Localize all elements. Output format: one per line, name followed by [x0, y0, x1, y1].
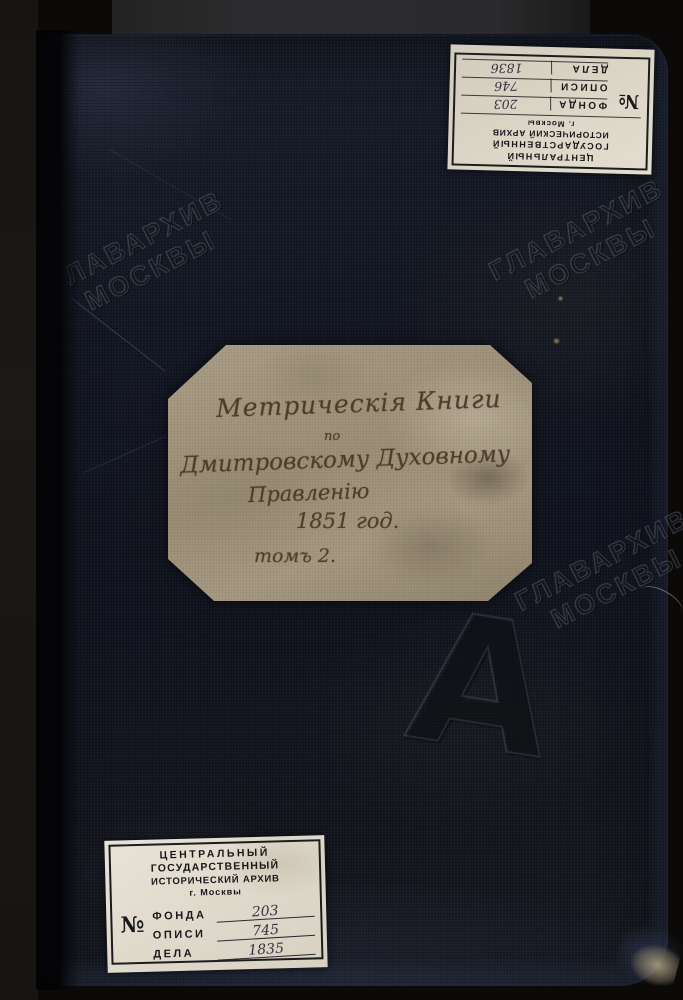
- glavarkhiv-logo-watermark: А: [399, 586, 565, 786]
- archive-institution: ЦЕНТРАЛЬНЫЙ ГОСУДАРСТВЕННЫЙ ИСТОРИЧЕСКИЙ…: [117, 845, 314, 901]
- field-value-handwritten: 1836: [462, 60, 552, 75]
- field-row-fonda: ФОНДА 203: [461, 95, 607, 117]
- title-label: Метрическія Книги по Дмитровскому Духовн…: [168, 345, 532, 601]
- glavarkhiv-watermark: ГЛАВАРХИВ МОСКВЫ: [484, 172, 683, 317]
- archive-label-top: ЦЕНТРАЛЬНЫЙ ГОСУДАРСТВЕННЫЙ ИСТОРИЧЕСКИЙ…: [447, 44, 654, 174]
- field-row-dela: ДЕЛА 1836: [462, 59, 608, 81]
- frayed-thread: [636, 580, 683, 620]
- archive-fields: № ФОНДА 203 ОПИСИ 745 ДЕЛА 1835: [118, 899, 315, 961]
- field-label: ОПИСИ: [153, 928, 217, 942]
- field-label: ФОНДА: [551, 98, 607, 110]
- field-label: ОПИСИ: [551, 80, 607, 92]
- field-label: ДЕЛА: [552, 62, 608, 74]
- archive-label-border: ЦЕНТРАЛЬНЫЙ ГОСУДАРСТВЕННЫЙ ИСТОРИЧЕСКИЙ…: [452, 52, 651, 170]
- book-cover: ГЛАВАРХИВ МОСКВЫ ГЛАВАРХИВ МОСКВЫ ГЛАВАР…: [40, 34, 668, 986]
- title-line: 1851 год.: [296, 509, 399, 533]
- archive-fields: № ФОНДА 203 ОПИСИ 746 ДЕЛА 1836: [461, 59, 642, 119]
- field-label: ДЕЛА: [153, 947, 217, 961]
- field-label: ФОНДА: [152, 909, 216, 923]
- left-mat-strip: [0, 0, 38, 1000]
- archive-label-border: ЦЕНТРАЛЬНЫЙ ГОСУДАРСТВЕННЫЙ ИСТОРИЧЕСКИЙ…: [108, 839, 323, 965]
- field-value-handwritten: 1835: [217, 939, 316, 960]
- number-sign: №: [120, 911, 145, 938]
- scan-stage: ГЛАВАРХИВ МОСКВЫ ГЛАВАРХИВ МОСКВЫ ГЛАВАР…: [0, 0, 683, 1000]
- field-value-handwritten: 203: [461, 96, 551, 111]
- archive-label-bottom: ЦЕНТРАЛЬНЫЙ ГОСУДАРСТВЕННЫЙ ИСТОРИЧЕСКИЙ…: [104, 835, 327, 973]
- number-sign: №: [618, 90, 639, 113]
- title-line: томъ 2.: [254, 545, 336, 567]
- grime-speck: [557, 296, 564, 301]
- title-line: Правленію: [248, 479, 370, 507]
- scratch-mark: [84, 436, 167, 474]
- spine-shadow: [36, 30, 80, 990]
- field-row-opisi: ОПИСИ 746: [461, 77, 607, 99]
- archive-institution: ЦЕНТРАЛЬНЫЙ ГОСУДАРСТВЕННЫЙ ИСТОРИЧЕСКИЙ…: [460, 116, 641, 165]
- grime-speck: [552, 338, 561, 344]
- title-line: по: [324, 429, 340, 444]
- field-value-handwritten: 746: [462, 78, 552, 93]
- worn-corner-patch: [611, 915, 683, 995]
